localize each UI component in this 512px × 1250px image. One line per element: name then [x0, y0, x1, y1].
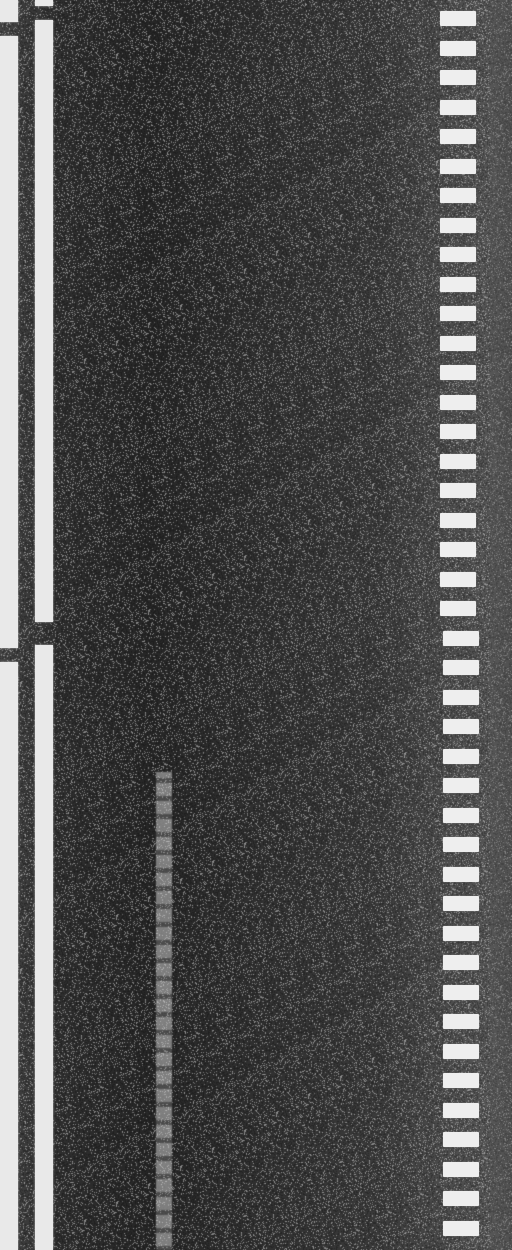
lane-dash	[440, 247, 476, 262]
lane-dash	[440, 542, 476, 557]
lane-dash	[440, 572, 476, 587]
left-edge-line	[0, 36, 18, 648]
lane-dash	[443, 896, 479, 911]
lane-dash	[440, 395, 476, 410]
faded-lane-line	[156, 772, 172, 1250]
lane-dash	[443, 690, 479, 705]
inner-edge-line	[35, 645, 53, 1250]
lane-dash	[440, 11, 476, 26]
lane-dash	[443, 1103, 479, 1118]
road-surface	[0, 0, 512, 1250]
lane-dash	[443, 955, 479, 970]
lane-dash	[440, 159, 476, 174]
lane-dash	[440, 41, 476, 56]
lane-dash	[440, 483, 476, 498]
asphalt-texture	[0, 0, 512, 1250]
lane-dash	[443, 719, 479, 734]
left-edge-line	[0, 662, 18, 1250]
left-edge-line	[0, 0, 18, 22]
lane-dash	[443, 1073, 479, 1088]
lane-dash	[443, 926, 479, 941]
lane-dash	[440, 129, 476, 144]
inner-edge-line	[35, 0, 53, 6]
lane-dash	[443, 808, 479, 823]
inner-edge-line	[35, 20, 53, 622]
lane-dash	[443, 1014, 479, 1029]
lane-dash	[443, 1191, 479, 1206]
lane-dash	[443, 1044, 479, 1059]
lane-dash	[443, 837, 479, 852]
lane-dash	[440, 336, 476, 351]
lane-dash	[443, 660, 479, 675]
lane-dash	[440, 70, 476, 85]
lane-dash	[443, 749, 479, 764]
lane-dash	[440, 513, 476, 528]
lane-dash	[440, 277, 476, 292]
lane-dash	[440, 218, 476, 233]
lane-dash	[440, 100, 476, 115]
lane-dash	[440, 365, 476, 380]
lane-dash	[443, 1132, 479, 1147]
lane-dash	[443, 1162, 479, 1177]
lane-dash	[443, 985, 479, 1000]
lane-dash	[443, 631, 479, 646]
lane-dash	[443, 867, 479, 882]
lane-dash	[440, 306, 476, 321]
lane-dash	[443, 778, 479, 793]
lane-dash	[440, 601, 476, 616]
road-shoulder	[490, 0, 512, 1250]
lane-dash	[440, 454, 476, 469]
lane-dash	[440, 188, 476, 203]
lane-dash	[440, 424, 476, 439]
lane-dash	[443, 1221, 479, 1236]
